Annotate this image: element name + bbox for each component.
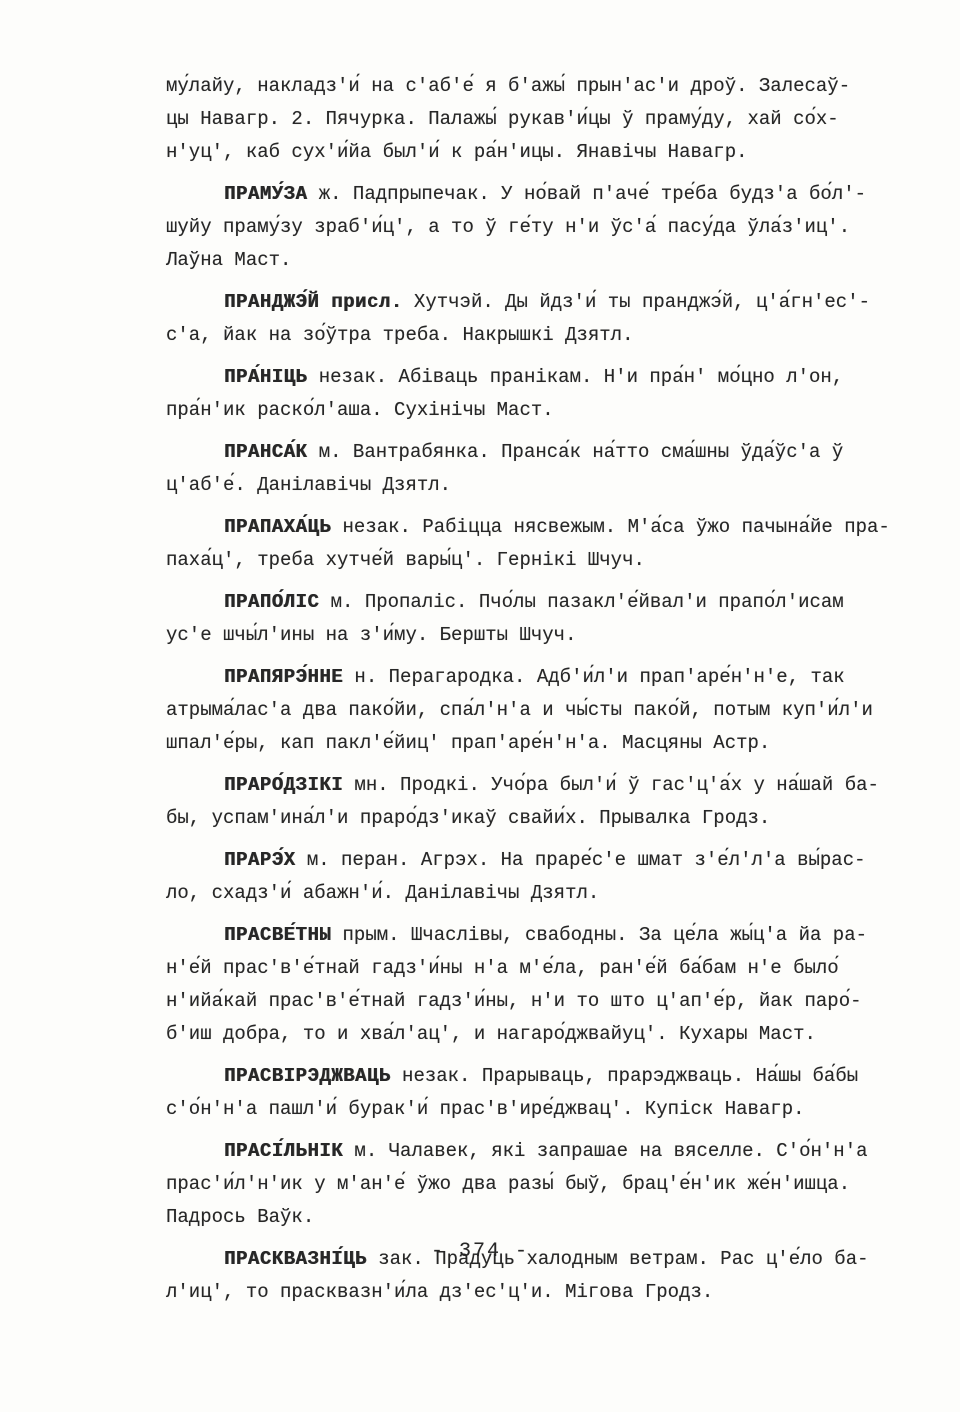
text-line: ПРАСІ́ЛЬНІК м. Чалавек, які запрашае на …	[166, 1135, 906, 1168]
text-line: ПРАНДЖЭ́Й присл. Хутчэй. Ды йдз'и́ ты пр…	[166, 286, 906, 319]
text-line: ПРАСВЕ́ТНЫ прым. Шчаслівы, свабодны. За …	[166, 919, 906, 952]
text-line: с'о́н'н'а пашл'и́ бурак'и́ прас'в'ире́дж…	[166, 1093, 906, 1126]
dictionary-entry: ПРАПО́ЛІС м. Пропаліс. Пчо́лы пазакл'е́й…	[166, 586, 906, 652]
text-line: ПРАРО́ДЗІКІ мн. Продкі. Учо́ра был'и́ ў …	[166, 769, 906, 802]
dictionary-entry: ПРАСВЕ́ТНЫ прым. Шчаслівы, свабодны. За …	[166, 919, 906, 1051]
dictionary-entry: ПРАМУ́ЗА ж. Падпрыпечак. У но́вай п'аче́…	[166, 178, 906, 277]
scanned-page: му́лайу, накладз'и́ на с'аб'е́ я б'ажы́ …	[0, 0, 960, 1412]
entry-headword: ПРАНДЖЭ́Й присл.	[224, 291, 403, 313]
text-line: ц'аб'е́. Данілавічы Дзятл.	[166, 469, 906, 502]
text-line: ПРА́НІЦЬ незак. Абіваць пранікам. Н'и пр…	[166, 361, 906, 394]
dictionary-entry: ПРАРО́ДЗІКІ мн. Продкі. Учо́ра был'и́ ў …	[166, 769, 906, 835]
text-line: прас'и́л'н'ик у м'ан'е́ ўжо два разы́ бы…	[166, 1168, 906, 1201]
text-line: ПРАНСА́К м. Вантрабянка. Пранса́к на́тто…	[166, 436, 906, 469]
text-line: атрыма́лас'а два пако́йи, спа́л'н'а и чы…	[166, 694, 906, 727]
text-line: ПРАСВІРЭДЖВАЦЬ незак. Прарываць, прарэдж…	[166, 1060, 906, 1093]
entry-headword: ПРАМУ́ЗА	[224, 183, 307, 205]
entry-headword: ПРАСІ́ЛЬНІК	[224, 1140, 343, 1162]
text-line: Падрось Ваўк.	[166, 1201, 906, 1234]
dictionary-entry: ПРАРЭ́Х м. перан. Агрэх. На праре́с'е шм…	[166, 844, 906, 910]
entry-headword: ПРА́НІЦЬ	[224, 366, 307, 388]
entry-headword: ПРАНСА́К	[224, 441, 307, 463]
text-line: ПРАМУ́ЗА ж. Падпрыпечак. У но́вай п'аче́…	[166, 178, 906, 211]
entry-headword: ПРАПАХА́ЦЬ	[224, 516, 331, 538]
text-line: с'а, йак на зо́ўтра треба. Накрышкі Дзят…	[166, 319, 906, 352]
dictionary-entry: ПРАНДЖЭ́Й присл. Хутчэй. Ды йдз'и́ ты пр…	[166, 286, 906, 352]
entry-headword: ПРАПЯРЭ́ННЕ	[224, 666, 343, 688]
dictionary-entry: ПРАНСА́К м. Вантрабянка. Пранса́к на́тто…	[166, 436, 906, 502]
text-line: ло, схадз'и́ абажн'и́. Данілавічы Дзятл.	[166, 877, 906, 910]
entry-continuation: му́лайу, накладз'и́ на с'аб'е́ я б'ажы́ …	[166, 70, 906, 169]
dictionary-entry: ПРАСВІРЭДЖВАЦЬ незак. Прарываць, прарэдж…	[166, 1060, 906, 1126]
entry-headword: ПРАСВІРЭДЖВАЦЬ	[224, 1065, 391, 1087]
text-line: паха́ц', треба хутче́й вары́ц'. Гернікі …	[166, 544, 906, 577]
dictionary-entry: ПРАПАХА́ЦЬ незак. Рабіцца нясвежым. М'а́…	[166, 511, 906, 577]
text-line: шпал'е́ры, кап пакл'е́йиц' прап'аре́н'н'…	[166, 727, 906, 760]
text-line: ПРАПАХА́ЦЬ незак. Рабіцца нясвежым. М'а́…	[166, 511, 906, 544]
text-line: ус'е шчы́л'ины на з'и́му. Бершты Шчуч.	[166, 619, 906, 652]
text-line: цы Навагр. 2. Пячурка. Палажы́ рукав'и́ц…	[166, 103, 906, 136]
text-line: н'ийа́кай прас'в'е́тнай гадз'и́ны, н'и т…	[166, 985, 906, 1018]
text-line: пра́н'ик раско́л'аша. Сухінічы Маст.	[166, 394, 906, 427]
entry-headword: ПРАПО́ЛІС	[224, 591, 319, 613]
text-line: бы, успам'ина́л'и праро́дз'икаў свайи́х.…	[166, 802, 906, 835]
text-line: му́лайу, накладз'и́ на с'аб'е́ я б'ажы́ …	[166, 70, 906, 103]
text-line: н'уц', каб сух'и́йа был'и́ к ра́н'ицы. Я…	[166, 136, 906, 169]
dictionary-entry: ПРАПЯРЭ́ННЕ н. Перагародка. Адб'и́л'и пр…	[166, 661, 906, 760]
text-line: н'е́й прас'в'е́тнай гадз'и́ны н'а м'е́ла…	[166, 952, 906, 985]
text-line: л'иц', то прасквазн'и́ла дз'ес'ц'и. Міго…	[166, 1276, 906, 1309]
text-line: ПРАПО́ЛІС м. Пропаліс. Пчо́лы пазакл'е́й…	[166, 586, 906, 619]
dictionary-text-block: му́лайу, накладз'и́ на с'аб'е́ я б'ажы́ …	[166, 70, 906, 1318]
text-line: шуйу праму́зу зраб'и́ц', а то ў ге́ту н'…	[166, 211, 906, 244]
dictionary-entry: ПРАСІ́ЛЬНІК м. Чалавек, які запрашае на …	[166, 1135, 906, 1234]
dictionary-entry: ПРА́НІЦЬ незак. Абіваць пранікам. Н'и пр…	[166, 361, 906, 427]
text-line: ПРАРЭ́Х м. перан. Агрэх. На праре́с'е шм…	[166, 844, 906, 877]
entry-headword: ПРАРЭ́Х	[224, 849, 295, 871]
text-line: Лаўна Маст.	[166, 244, 906, 277]
entry-headword: ПРАСВЕ́ТНЫ	[224, 924, 331, 946]
text-line: б'иш добра, то и хва́л'ац', и нагаро́джв…	[166, 1018, 906, 1051]
text-line: ПРАПЯРЭ́ННЕ н. Перагародка. Адб'и́л'и пр…	[166, 661, 906, 694]
page-number: - 374 -	[0, 1240, 960, 1263]
entry-headword: ПРАРО́ДЗІКІ	[224, 774, 343, 796]
